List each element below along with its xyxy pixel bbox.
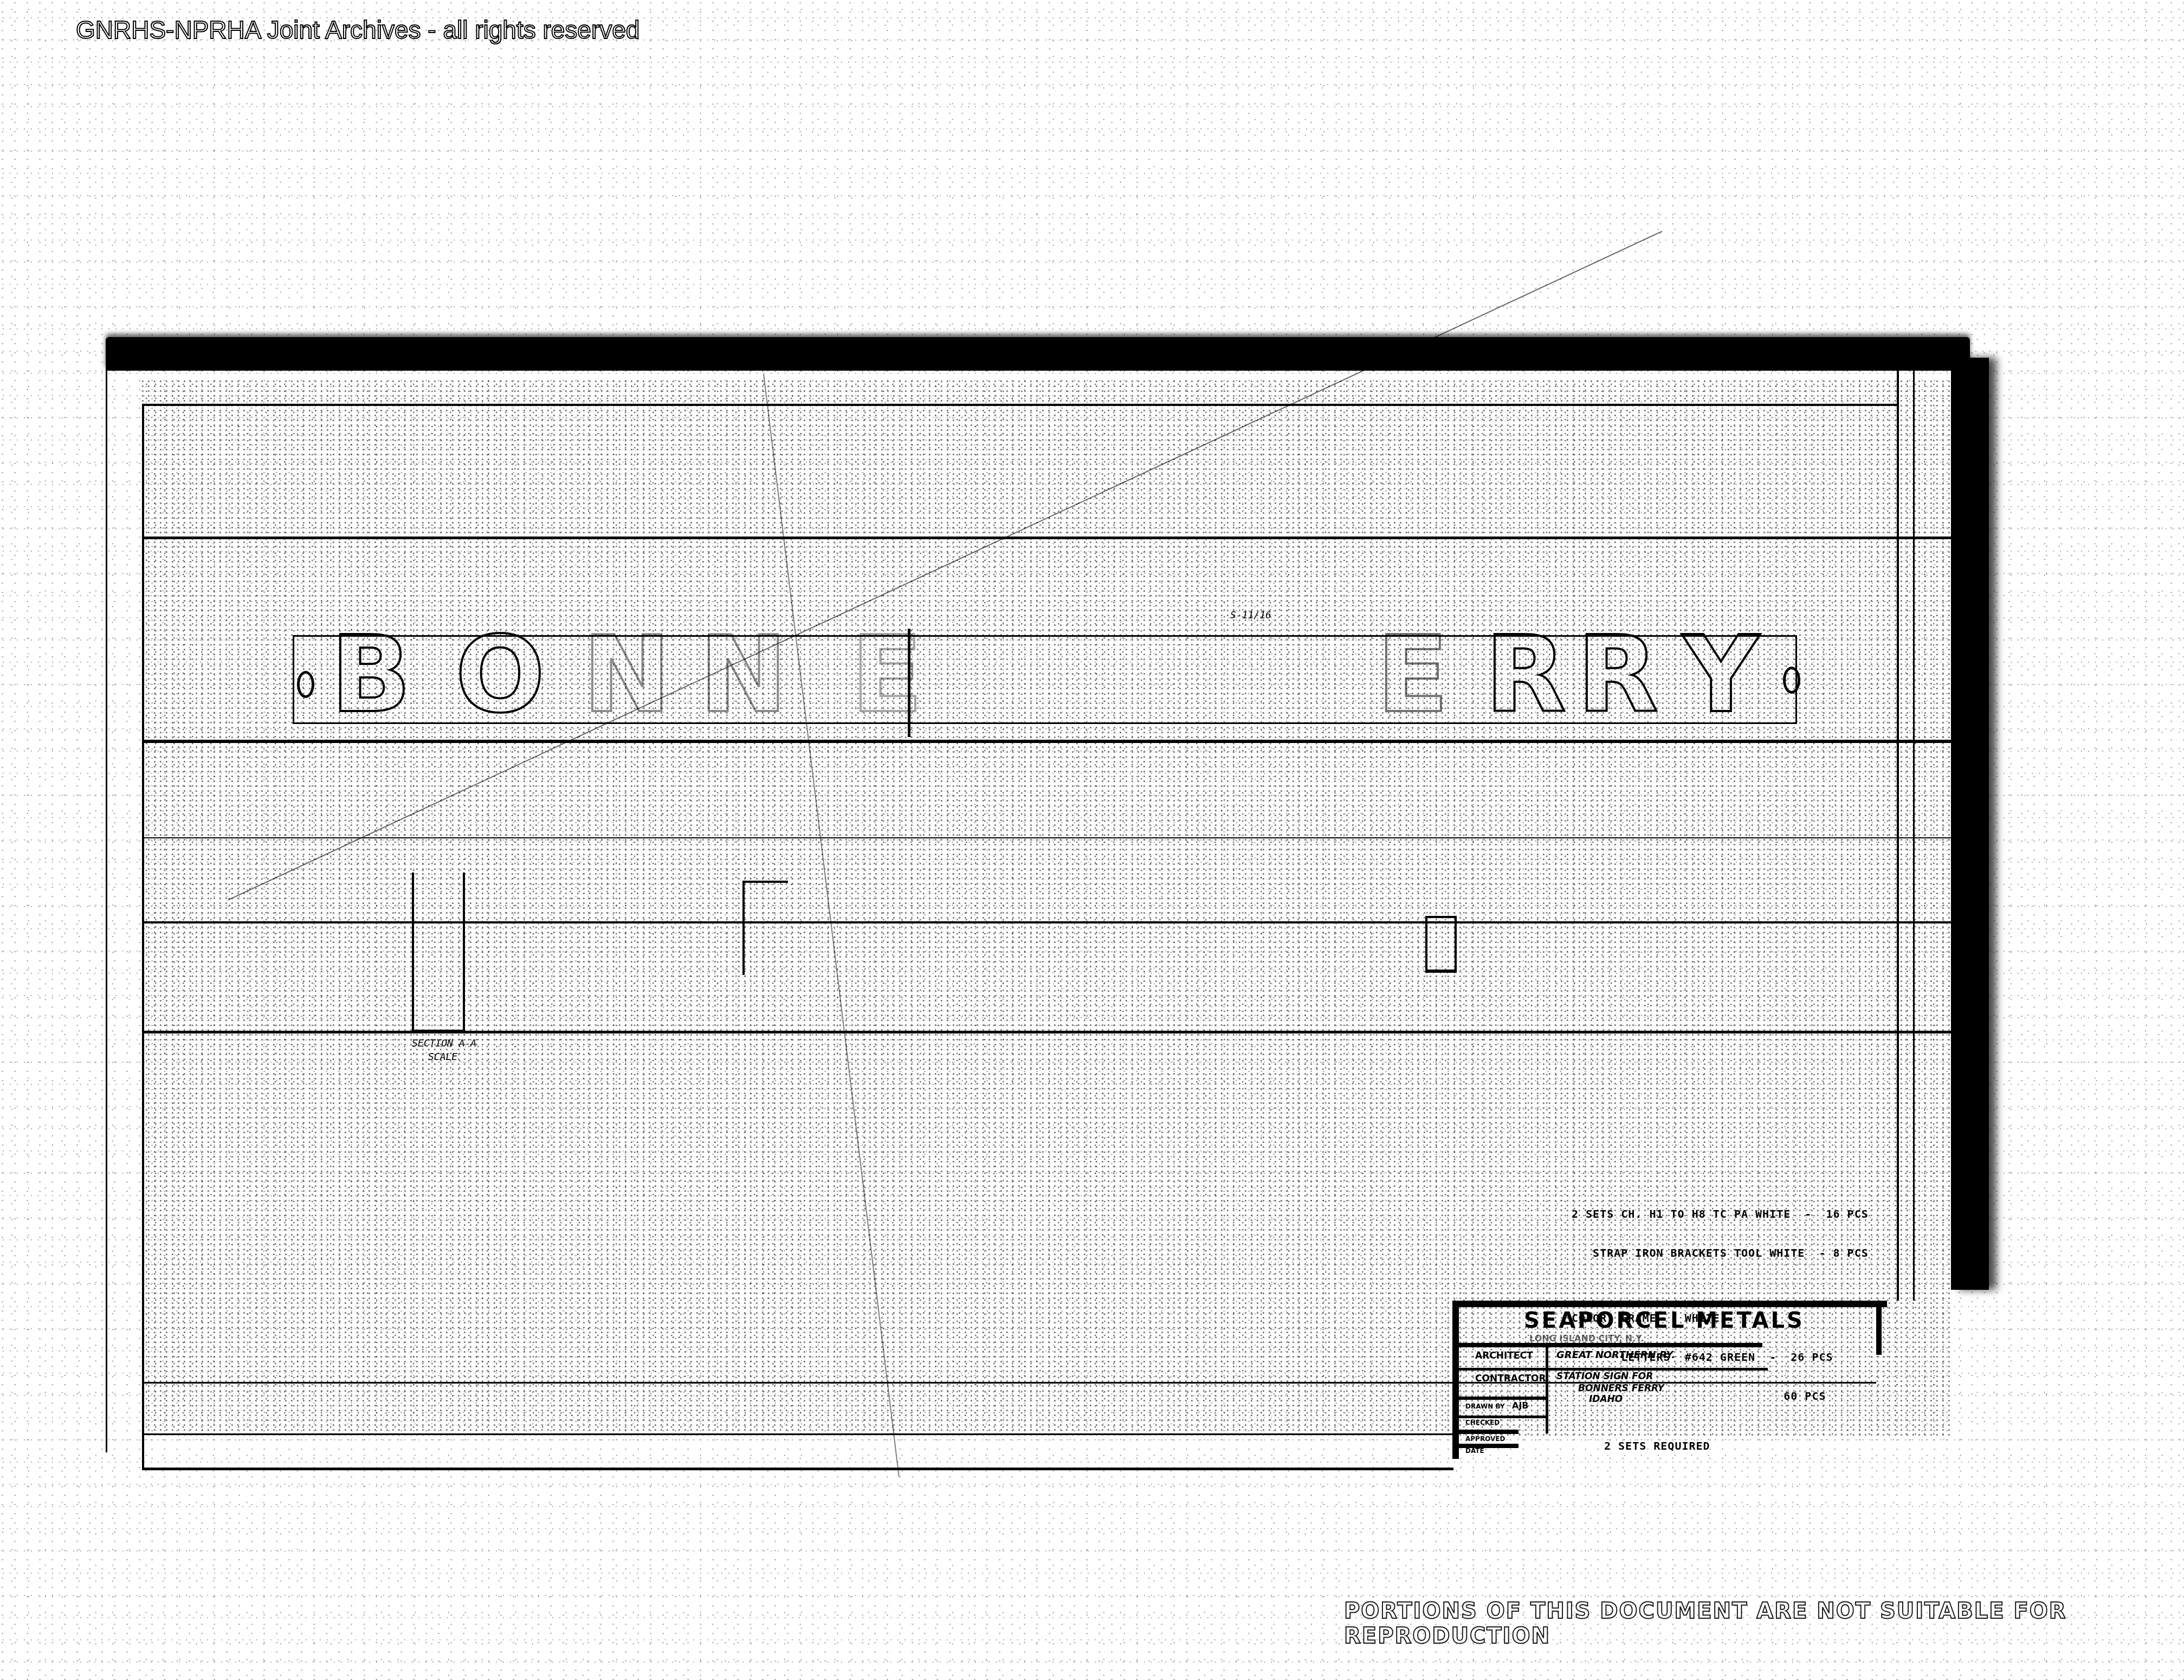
title-block-rule-3 <box>1459 1397 1546 1400</box>
reproduction-notice: PORTIONS OF THIS DOCUMENT ARE NOT SUITAB… <box>1344 1599 2184 1649</box>
contractor-value: STATION SIGN FOR <box>1556 1371 1653 1382</box>
note-line-1: 2 SETS CH. H1 TO H8 TC PA WHITE - 16 PCS <box>1572 1207 1869 1220</box>
sign-letter-6: E <box>1377 631 1453 718</box>
title-block-rule-1 <box>1459 1343 1762 1347</box>
architect-label: ARCHITECT <box>1475 1351 1533 1361</box>
title-block-rule-4 <box>1459 1416 1546 1418</box>
checked-label: CHECKED <box>1465 1419 1500 1426</box>
sheet-right-border <box>1951 358 1989 1290</box>
title-block-col-rule <box>1546 1344 1548 1433</box>
frame-bottom-line <box>142 1468 1453 1470</box>
elevation-line-3 <box>142 837 1952 838</box>
elevation-line-7 <box>142 1433 1453 1435</box>
sign-dimension-note: S-11/16 <box>1230 610 1271 621</box>
archive-watermark: GNRHS-NPRHA Joint Archives - all rights … <box>76 15 639 44</box>
company-name: SEAPORCEL METALS <box>1524 1308 1805 1333</box>
section-bracket-1 <box>412 873 465 1033</box>
drawn-by-label: DRAWN BY <box>1465 1403 1505 1410</box>
section-sublabel: SCALE <box>428 1051 457 1063</box>
section-label: SECTION A-A <box>412 1038 476 1049</box>
title-block: SEAPORCEL METALS LONG ISLAND CITY, N.Y. … <box>1452 1301 1887 1459</box>
sign-letter-7: R <box>1485 631 1571 718</box>
frame-right-line <box>1897 369 1899 1301</box>
title-block-rule-5 <box>1459 1430 1519 1434</box>
sign-letter-5: E <box>851 631 927 718</box>
architect-value: GREAT NORTHERN RY. <box>1556 1349 1675 1361</box>
frame-outer-left-line <box>106 369 107 1452</box>
sign-letter-1: B <box>331 631 416 718</box>
drawn-by-value: AJB <box>1512 1400 1529 1411</box>
title-block-top-rule <box>1459 1301 1887 1307</box>
project-value: BONNERS FERRY <box>1578 1383 1664 1394</box>
title-block-right-rule <box>1876 1301 1882 1355</box>
title-block-rule-2 <box>1459 1368 1768 1371</box>
company-subline: LONG ISLAND CITY, N.Y. <box>1529 1333 1644 1343</box>
sheet-top-border <box>106 337 1970 371</box>
elevation-line-2 <box>142 740 1952 743</box>
sign-letter-9: Y <box>1683 631 1763 718</box>
location-value: IDAHO <box>1589 1394 1623 1405</box>
sign-letter-3: N <box>583 631 675 718</box>
section-bracket-3 <box>1425 916 1457 973</box>
sign-letter-2: O <box>455 631 550 718</box>
sign-letter-4: N <box>699 631 792 718</box>
frame-top-line <box>142 404 1898 406</box>
mounting-bolt-right <box>1783 667 1800 694</box>
frame-right-inner-line <box>1913 369 1915 1301</box>
elevation-line-1 <box>142 537 1952 539</box>
approved-label: APPROVED <box>1465 1435 1505 1443</box>
mounting-bolt-left <box>297 671 314 698</box>
sign-center-divider <box>908 629 910 737</box>
section-bracket-2 <box>742 881 788 975</box>
sign-letter-8: R <box>1577 631 1663 718</box>
date-label: DATE <box>1465 1447 1484 1455</box>
contractor-label: CONTRACTOR <box>1475 1373 1546 1384</box>
note-line-2: STRAP IRON BRACKETS TOOL WHITE - 8 PCS <box>1572 1246 1869 1259</box>
frame-left-line <box>142 404 144 1469</box>
